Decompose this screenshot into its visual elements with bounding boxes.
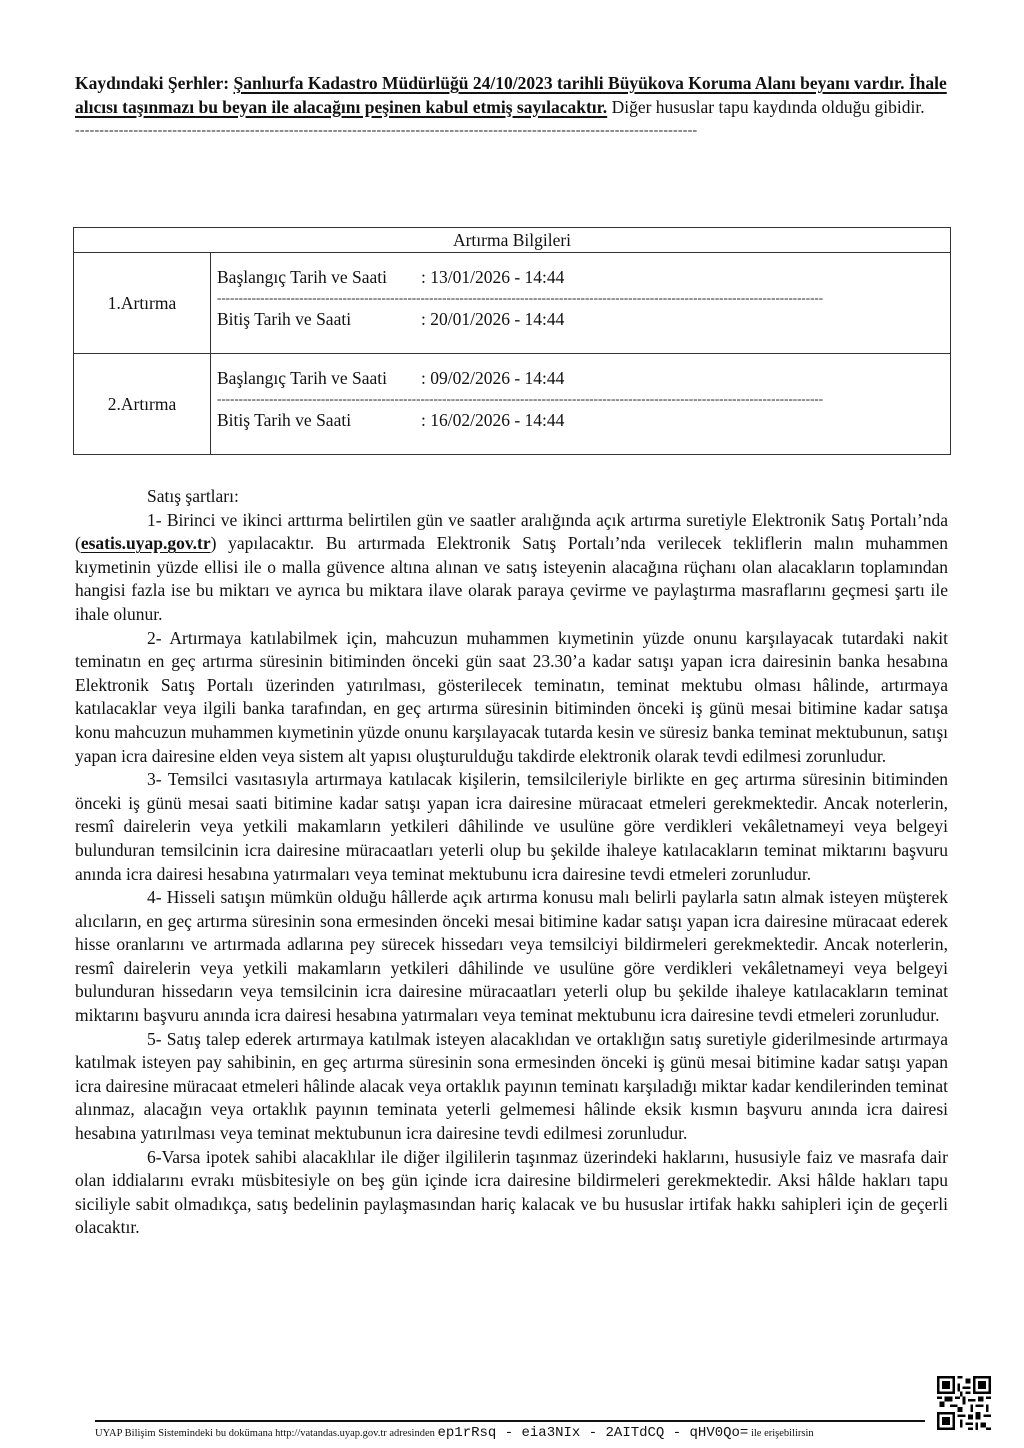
start-key: Başlangıç Tarih ve Saati [217, 364, 421, 392]
start-value: : 09/02/2026 - 14:44 [421, 368, 564, 388]
table-row: 1.Artırma Başlangıç Tarih ve Saati: 13/0… [74, 253, 951, 354]
annotations-paragraph: Kaydındaki Şerhler: Şanlıurfa Kadastro M… [75, 72, 950, 119]
end-value: : 20/01/2026 - 14:44 [421, 309, 564, 329]
row-separator: ----------------------------------------… [217, 392, 950, 406]
table-row: 2.Artırma Başlangıç Tarih ve Saati: 09/0… [74, 354, 951, 455]
condition-5: 5- Satış talep ederek artırmaya katılmak… [75, 1028, 948, 1146]
dashed-divider: ----------------------------------------… [75, 123, 890, 139]
annotations-label: Kaydındaki Şerhler: [75, 73, 229, 93]
footer-verification: UYAP Bilişim Sistemindeki bu dokümana ht… [95, 1425, 995, 1441]
condition-4: 4- Hisseli satışın mümkün olduğu hâllerd… [75, 886, 948, 1028]
start-value: : 13/01/2026 - 14:44 [421, 267, 564, 287]
footer-suffix: ile erişebilirsin [748, 1428, 813, 1439]
start-key: Başlangıç Tarih ve Saati [217, 263, 421, 291]
footer-divider [95, 1420, 925, 1422]
header-section: Kaydındaki Şerhler: Şanlıurfa Kadastro M… [75, 72, 950, 139]
condition-2: 2- Artırmaya katılabilmek için, mahcuzun… [75, 627, 948, 769]
end-key: Bitiş Tarih ve Saati [217, 406, 421, 434]
annotations-rest: Diğer hususlar tapu kaydında olduğu gibi… [607, 97, 924, 117]
end-value: : 16/02/2026 - 14:44 [421, 410, 564, 430]
sale-conditions: Satış şartları: 1- Birinci ve ikinci art… [75, 485, 948, 1240]
table-title: Artırma Bilgileri [74, 228, 951, 253]
condition-6: 6-Varsa ipotek sahibi alacaklılar ile di… [75, 1146, 948, 1240]
footer-prefix: UYAP Bilişim Sistemindeki bu dokümana ht… [95, 1428, 437, 1439]
end-key: Bitiş Tarih ve Saati [217, 305, 421, 333]
condition-1: 1- Birinci ve ikinci arttırma belirtilen… [75, 509, 948, 627]
verification-code: ep1rRsq - eia3NIx - 2AITdCQ - qHV0Qo= [437, 1425, 748, 1441]
auction-info-table: Artırma Bilgileri 1.Artırma Başlangıç Ta… [73, 227, 951, 455]
round-label: 2.Artırma [74, 354, 211, 455]
qr-code-icon [937, 1376, 991, 1430]
condition-3: 3- Temsilci vasıtasıyla artırmaya katıla… [75, 768, 948, 886]
esatis-link[interactable]: esatis.uyap.gov.tr [81, 533, 211, 553]
round-label: 1.Artırma [74, 253, 211, 354]
conditions-heading: Satış şartları: [75, 485, 948, 509]
row-separator: ----------------------------------------… [217, 291, 950, 305]
